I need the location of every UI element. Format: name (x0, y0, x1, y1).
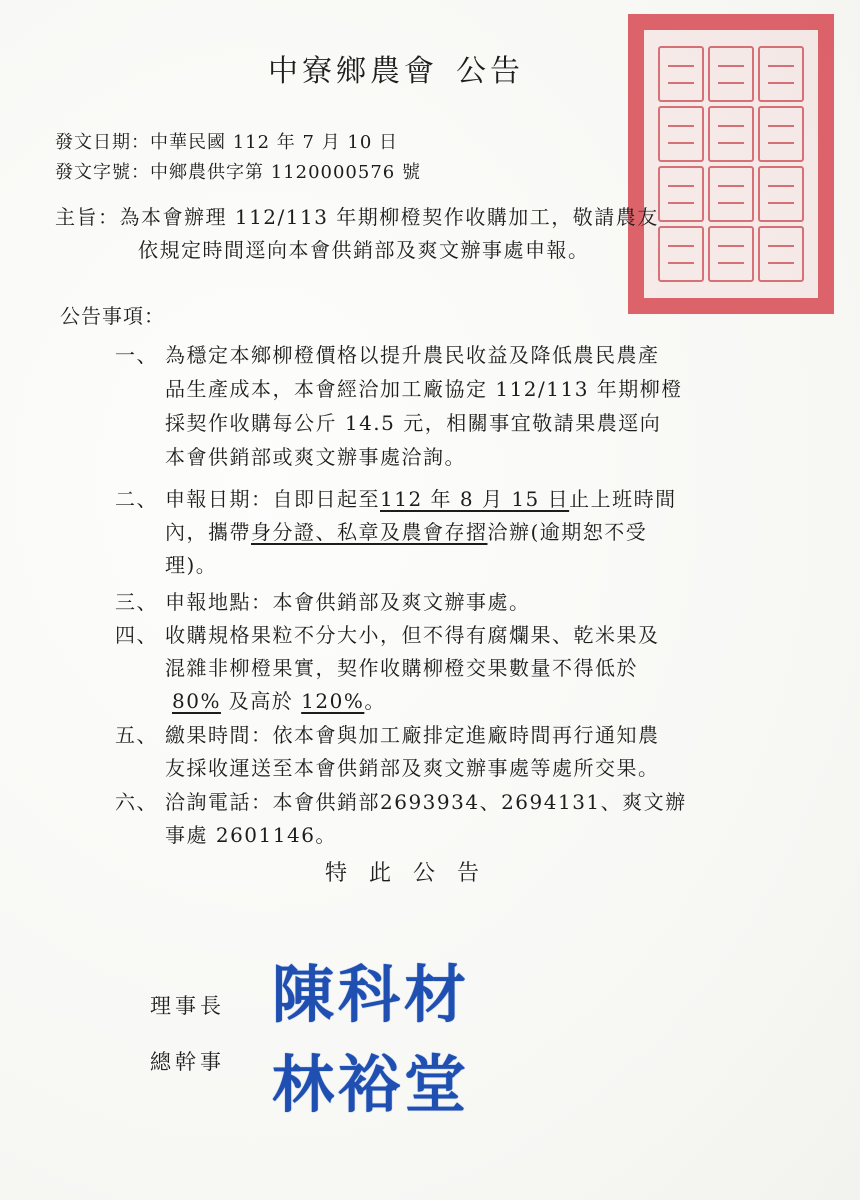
item-6-line-1: 洽詢電話：本會供銷部2693934、2694131、爽文辦 (165, 786, 687, 815)
required-documents: 身分證、私章及農會存摺 (251, 520, 488, 544)
text: 內，攜帶 (165, 520, 251, 544)
item-marker: 三、 (115, 586, 158, 615)
item-2-line-2: 內，攜帶身分證、私章及農會存摺洽辦(逾期恕不受 (165, 516, 647, 545)
item-1-line-2: 品生產成本，本會經洽加工廠協定 112/113 年期柳橙 (165, 373, 683, 402)
item-5-line-2: 友採收運送至本會供銷部及爽文辦事處等處所交果。 (165, 752, 660, 781)
item-marker: 二、 (115, 483, 158, 512)
subject: 主旨：為本會辦理 112/113 年期柳橙契作收購加工，敬請農友 (55, 201, 659, 230)
text: 。 (364, 689, 386, 713)
item-4-line-1: 收購規格果粒不分大小，但不得有腐爛果、乾米果及 (165, 619, 660, 648)
text: 止上班時間 (569, 487, 677, 511)
item-1-line-4: 本會供銷部或爽文辦事處洽詢。 (165, 441, 466, 470)
item-2-line-3: 理)。 (165, 549, 217, 578)
text: 申報日期：自即日起至 (165, 487, 380, 511)
doc-number-value: 中鄉農供字第 1120000576 號 (150, 162, 421, 183)
seal-glyph (708, 226, 754, 282)
title-suffix: 公告 (456, 54, 524, 89)
seal-glyph (708, 106, 754, 162)
item-marker: 四、 (115, 619, 158, 648)
issue-date: 發文日期：中華民國 112 年 7 月 10 日 (55, 128, 398, 154)
org-name: 中寮鄉農會 (268, 54, 438, 89)
item-4-line-3: 80% 及高於 120%。 (172, 685, 386, 714)
issue-date-value: 中華民國 112 年 7 月 10 日 (150, 132, 398, 153)
deadline-date: 112 年 8 月 15 日 (380, 487, 569, 511)
item-3-line-1: 申報地點：本會供銷部及爽文辦事處。 (165, 586, 531, 615)
seal-glyph (708, 166, 754, 222)
page-title: 中寮鄉農會公告 (268, 46, 524, 90)
seal-glyph (658, 46, 704, 102)
min-percentage: 80% (172, 689, 221, 713)
text: 及高於 (221, 689, 301, 713)
doc-number: 發文字號：中鄉農供字第 1120000576 號 (55, 158, 421, 184)
item-marker: 五、 (115, 719, 158, 748)
seal-glyph (758, 106, 804, 162)
item-1-line-3: 採契作收購每公斤 14.5 元，相關事宜敬請果農逕向 (165, 407, 661, 436)
seal-glyph-grid (658, 46, 804, 282)
chairman-title: 理事長 (150, 990, 225, 1020)
seal-glyph (658, 106, 704, 162)
text: 洽辦(逾期恕不受 (488, 520, 648, 544)
item-marker: 一、 (115, 339, 158, 368)
seal-glyph (658, 226, 704, 282)
item-marker: 六、 (115, 786, 158, 815)
item-4-line-2: 混雜非柳橙果實，契作收購柳橙交果數量不得低於 (165, 652, 638, 681)
issue-date-label: 發文日期： (55, 132, 150, 153)
subject-line-2: 依規定時間逕向本會供銷部及爽文辦事處申報。 (138, 234, 590, 263)
subject-label: 主旨： (55, 205, 120, 229)
item-5-line-1: 繳果時間：依本會與加工廠排定進廠時間再行通知農 (165, 719, 660, 748)
max-percentage: 120% (301, 689, 364, 713)
chairman-signature-stamp: 陳科材 (272, 945, 470, 1034)
general-manager-signature-stamp: 林裕堂 (272, 1035, 470, 1124)
seal-glyph (708, 46, 754, 102)
seal-glyph (758, 46, 804, 102)
closing-statement: 特此公告 (325, 856, 501, 887)
official-seal-icon (628, 14, 834, 314)
subject-line-1: 為本會辦理 112/113 年期柳橙契作收購加工，敬請農友 (120, 205, 659, 229)
section-title: 公告事項： (60, 300, 165, 329)
seal-glyph (758, 226, 804, 282)
item-2-line-1: 申報日期：自即日起至112 年 8 月 15 日止上班時間 (165, 483, 677, 512)
item-1-line-1: 為穩定本鄉柳橙價格以提升農民收益及降低農民農產 (165, 339, 660, 368)
seal-glyph (758, 166, 804, 222)
doc-number-label: 發文字號： (55, 162, 150, 183)
seal-glyph (658, 166, 704, 222)
item-6-line-2: 事處 2601146。 (165, 819, 337, 848)
general-manager-title: 總幹事 (150, 1046, 225, 1076)
